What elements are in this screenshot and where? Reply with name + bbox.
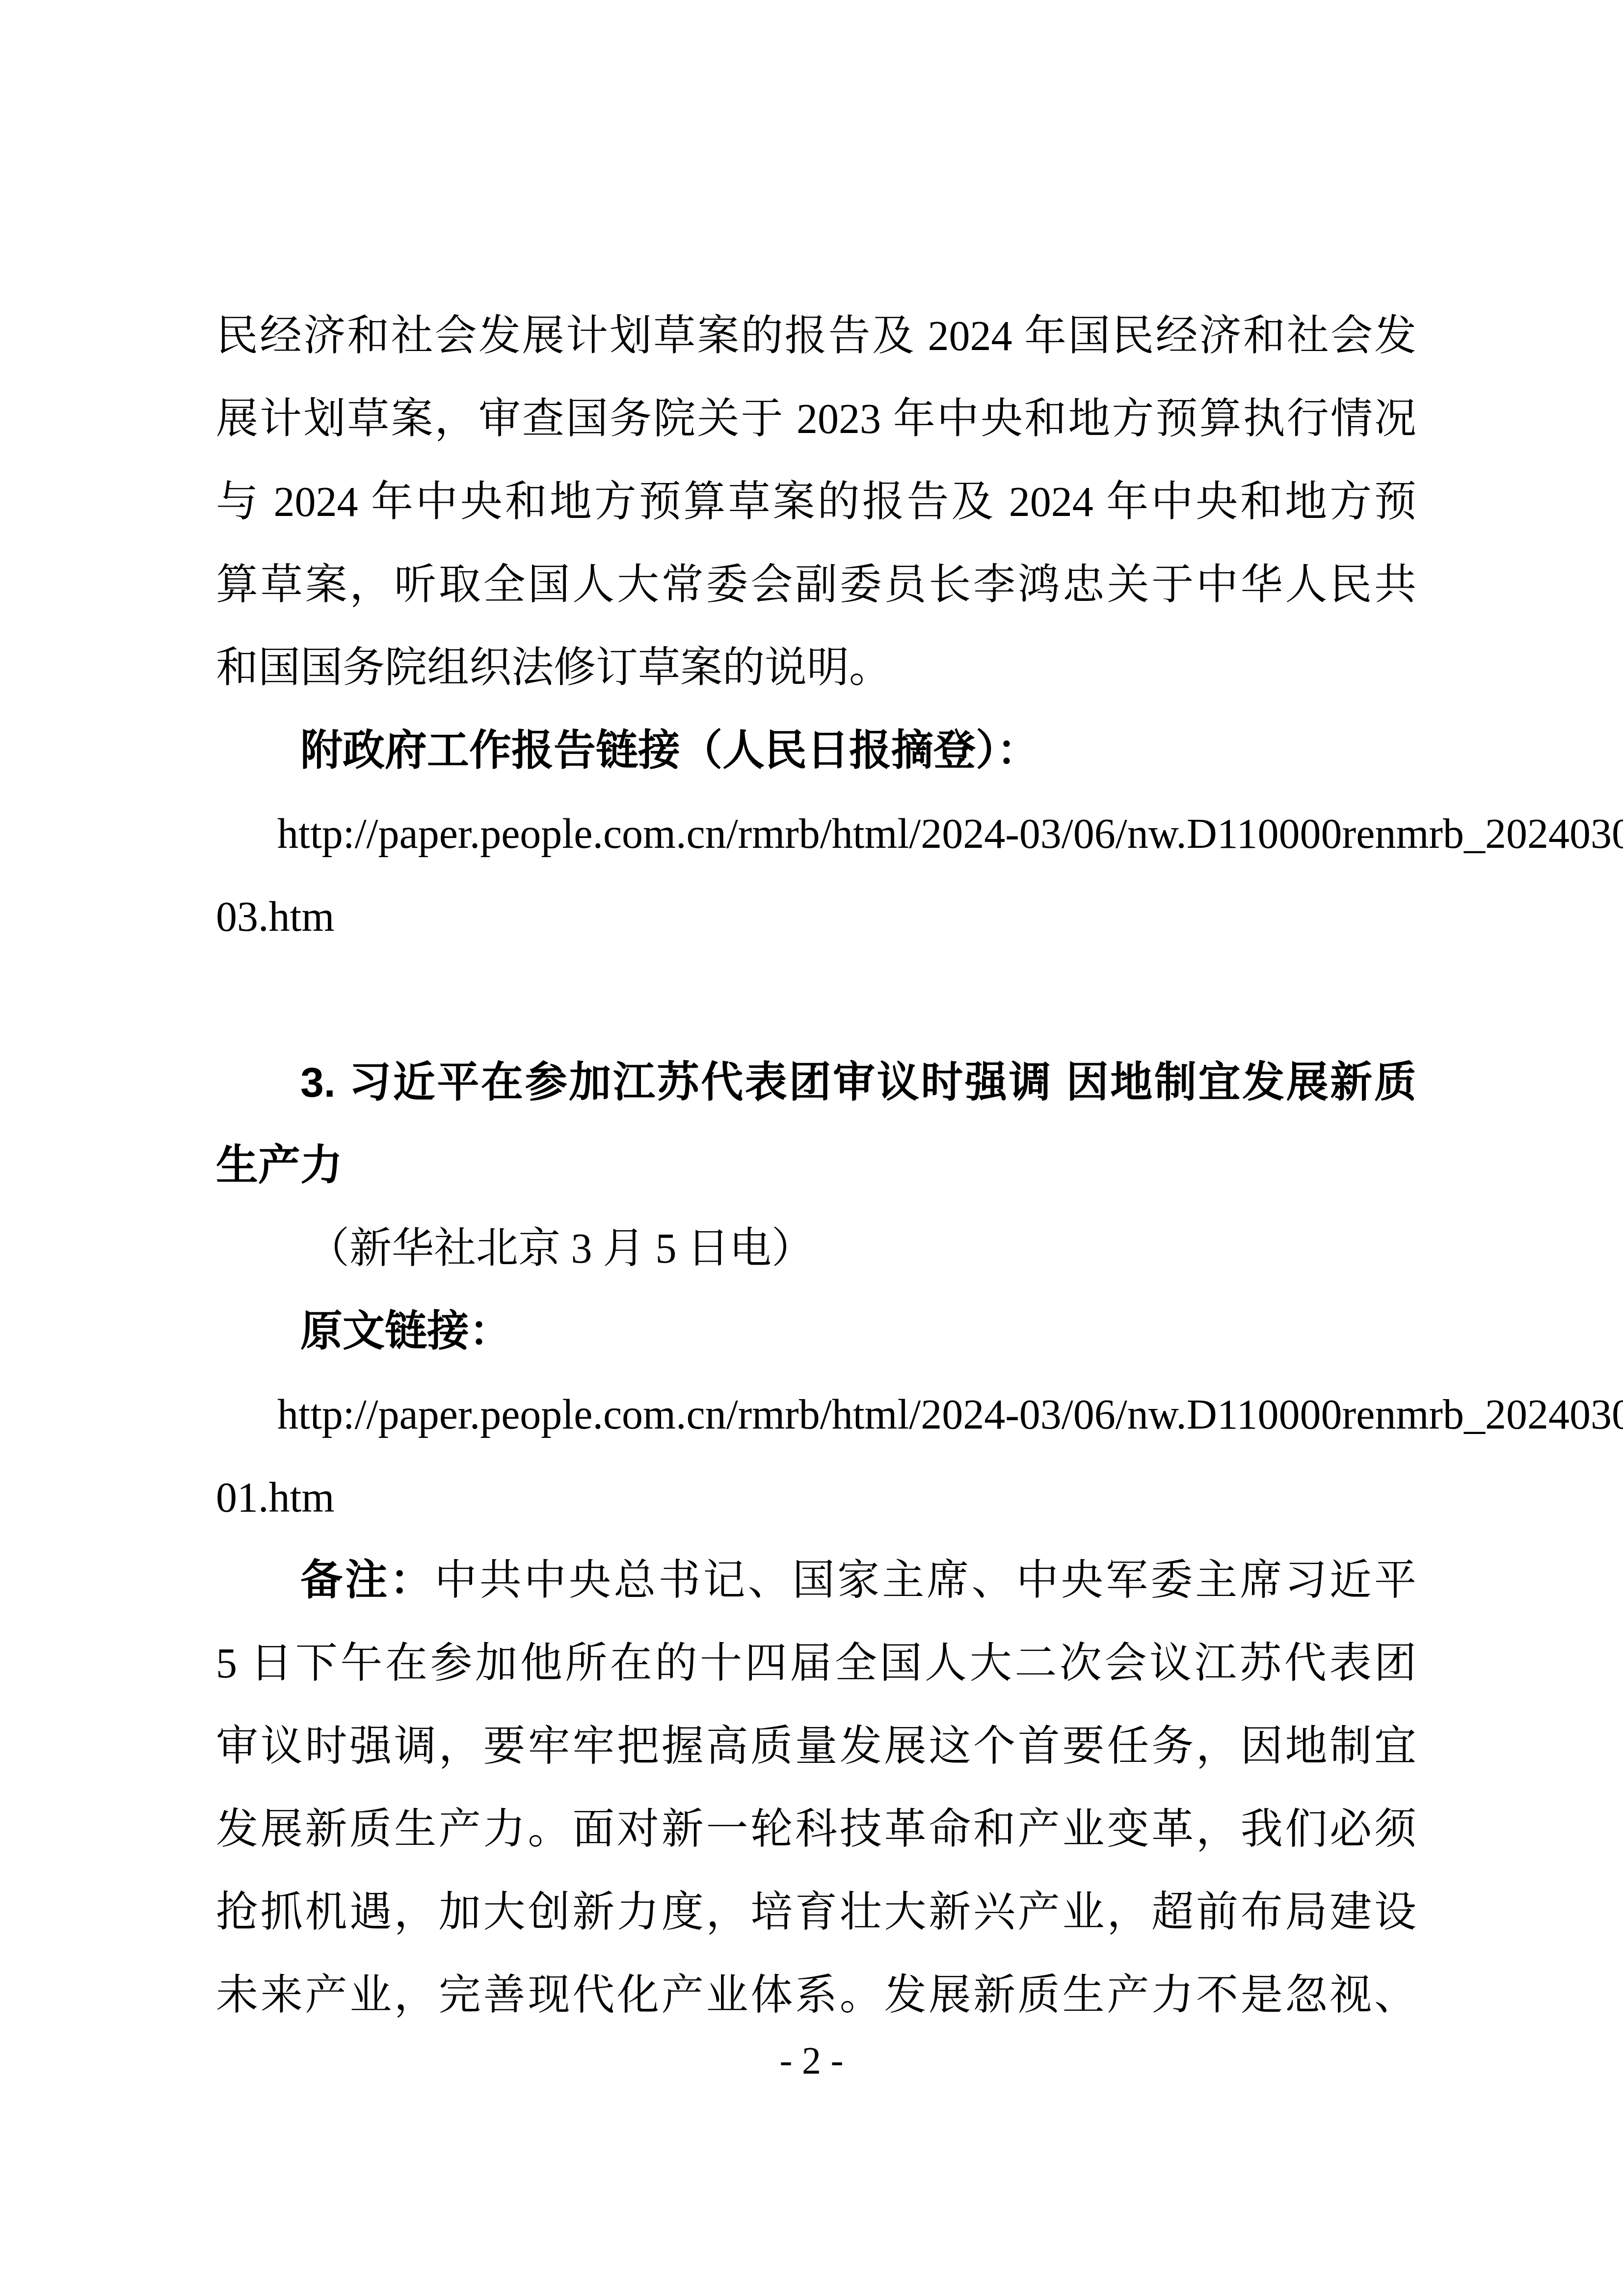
document-page: 民经济和社会发展计划草案的报告及 2024 年国民经济和社会发 展计划草案，审查… (0, 0, 1623, 2296)
note-line: 发展新质生产力。面对新一轮科技革命和产业变革，我们必须 (216, 1788, 1416, 1871)
page-number: - 2 - (0, 2033, 1623, 2087)
source-link-heading: 原文链接： (216, 1290, 1416, 1373)
blank-line (216, 958, 1416, 1041)
note-line: 未来产业，完善现代化产业体系。发展新质生产力不是忽视、 (216, 1954, 1416, 2037)
note-line: 审议时强调，要牢牢把握高质量发展这个首要任务，因地制宜 (216, 1705, 1416, 1788)
note-label: 备注： (300, 1557, 435, 1604)
paragraph-line: 民经济和社会发展计划草案的报告及 2024 年国民经济和社会发 (216, 295, 1416, 378)
report-link-heading: 附政府工作报告链接（人民日报摘登）： (216, 709, 1416, 792)
note-line: 抢抓机遇，加大创新力度，培育壮大新兴产业，超前布局建设 (216, 1871, 1416, 1954)
source-link-url-line2: 01.htm (216, 1456, 1416, 1539)
report-link-url-line2: 03.htm (216, 875, 1416, 958)
paragraph-line: 和国国务院组织法修订草案的说明。 (216, 626, 1416, 709)
note-first-line: 备注：中共中央总书记、国家主席、中央军委主席习近平 (216, 1539, 1416, 1622)
item3-title-line1: 3. 习近平在参加江苏代表团审议时强调 因地制宜发展新质 (216, 1041, 1416, 1124)
source-link-url-line1: http://paper.people.com.cn/rmrb/html/202… (216, 1373, 1416, 1456)
report-link-url-line1: http://paper.people.com.cn/rmrb/html/202… (216, 792, 1416, 875)
paragraph-line: 展计划草案，审查国务院关于 2023 年中央和地方预算执行情况 (216, 378, 1416, 460)
document-body: 民经济和社会发展计划草案的报告及 2024 年国民经济和社会发 展计划草案，审查… (216, 295, 1416, 2037)
item3-dateline: （新华社北京 3 月 5 日电） (216, 1207, 1416, 1290)
note-text: 中共中央总书记、国家主席、中央军委主席习近平 (435, 1557, 1417, 1604)
item3-title-line2: 生产力 (216, 1124, 1416, 1207)
note-line: 5 日下午在参加他所在的十四届全国人大二次会议江苏代表团 (216, 1622, 1416, 1705)
paragraph-line: 算草案，听取全国人大常委会副委员长李鸿忠关于中华人民共 (216, 543, 1416, 626)
paragraph-line: 与 2024 年中央和地方预算草案的报告及 2024 年中央和地方预 (216, 460, 1416, 543)
